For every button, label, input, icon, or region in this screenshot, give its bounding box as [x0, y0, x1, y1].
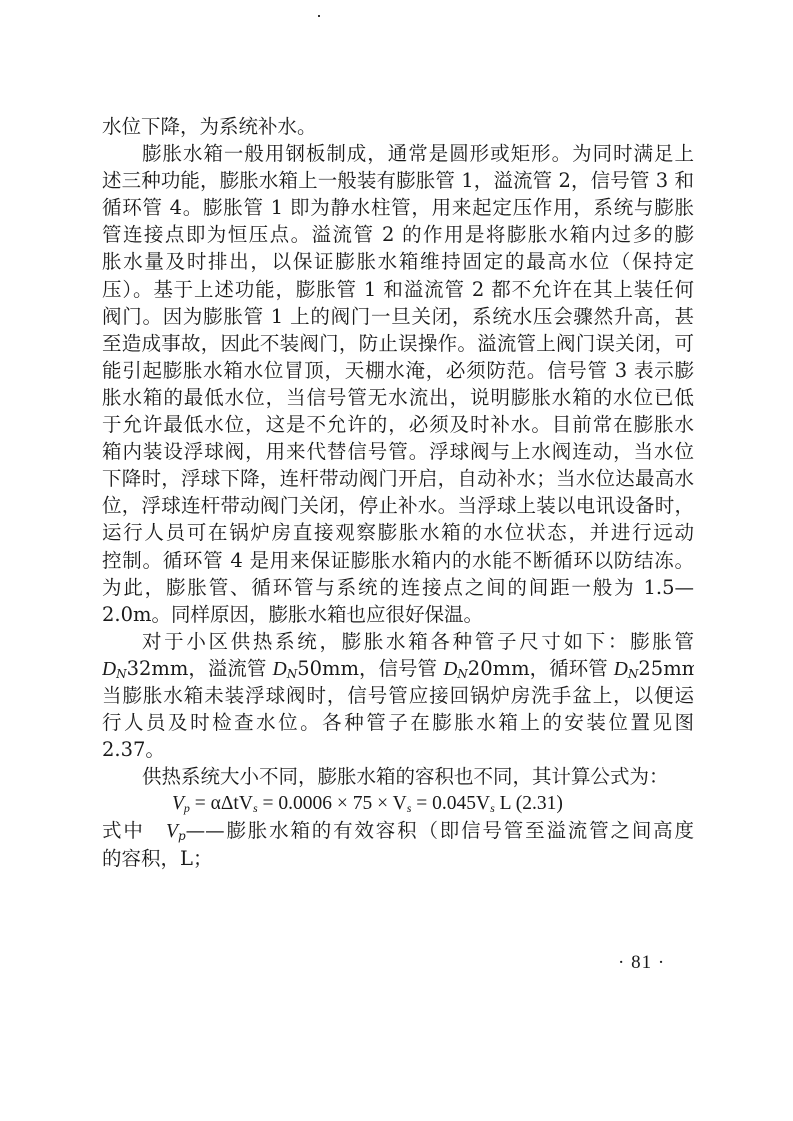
- text-line: 述三种功能，膨胀水箱上一般装有膨胀管 1，溢流管 2，信号管 3 和: [102, 167, 694, 194]
- text-line: 膨胀水箱一般用钢板制成，通常是圆形或矩形。为同时满足上: [102, 140, 694, 167]
- text-line: 运行人员可在锅炉房直接观察膨胀水箱的水位状态，并进行远动: [102, 519, 694, 546]
- text-line: 控制。循环管 4 是用来保证膨胀水箱内的水能不断循环以防结冻。: [102, 547, 694, 574]
- text-line: 循环管 4。膨胀管 1 即为静水柱管，用来起定压作用，系统与膨胀: [102, 194, 694, 221]
- text-line: 对于小区供热系统，膨胀水箱各种管子尺寸如下：膨胀管: [102, 628, 694, 655]
- pipe-sizes-line: DN32mm，溢流管 DN50mm，信号管 DN20mm，循环管 DN25mm。: [102, 655, 694, 682]
- text-line: 2.0m。同样原因，膨胀水箱也应很好保温。: [102, 601, 694, 628]
- text-line: 水位下降，为系统补水。: [102, 113, 694, 140]
- text-line: 压）。基于上述功能，膨胀管 1 和溢流管 2 都不允许在其上装任何: [102, 276, 694, 303]
- where-definition-line: 式中 Vp——膨胀水箱的有效容积（即信号管至溢流管之间高度: [102, 817, 694, 844]
- text-line: 当膨胀水箱未装浮球阀时，信号管应接回锅炉房洗手盆上，以便运: [102, 682, 694, 709]
- text-line: 供热系统大小不同，膨胀水箱的容积也不同，其计算公式为：: [102, 763, 694, 790]
- text-line: 位，浮球连杆带动阀门关闭，停止补水。当浮球上装以电讯设备时，: [102, 492, 694, 519]
- page-number: · 81 ·: [618, 952, 665, 974]
- scan-speck: [318, 15, 320, 17]
- text-line: 为此，膨胀管、循环管与系统的连接点之间的间距一般为 1.5—: [102, 574, 694, 601]
- text-line: 箱内装设浮球阀，用来代替信号管。浮球阀与上水阀连动，当水位: [102, 438, 694, 465]
- text-line: 管连接点即为恒压点。溢流管 2 的作用是将膨胀水箱内过多的膨: [102, 221, 694, 248]
- text-line: 的容积，L；: [102, 845, 694, 872]
- text-line: 能引起膨胀水箱水位冒顶，天棚水淹，必须防范。信号管 3 表示膨: [102, 357, 694, 384]
- text-line: 2.37。: [102, 736, 694, 763]
- text-line: 行人员及时检查水位。各种管子在膨胀水箱上的安装位置见图: [102, 709, 694, 736]
- text-line: 胀水量及时排出，以保证膨胀水箱维持固定的最高水位（保持定: [102, 248, 694, 275]
- text-line: 至造成事故，因此不装阀门，防止误操作。溢流管上阀门误关闭，可: [102, 330, 694, 357]
- text-line: 下降时，浮球下降，连杆带动阀门开启，自动补水；当水位达最高水: [102, 465, 694, 492]
- text-line: 胀水箱的最低水位，当信号管无水流出，说明膨胀水箱的水位已低: [102, 384, 694, 411]
- text-line: 阀门。因为膨胀管 1 上的阀门一旦关闭，系统水压会骤然升高，甚: [102, 303, 694, 330]
- document-body: 水位下降，为系统补水。 膨胀水箱一般用钢板制成，通常是圆形或矩形。为同时满足上 …: [102, 113, 694, 872]
- text-line: 于允许最低水位，这是不允许的，必须及时补水。目前常在膨胀水: [102, 411, 694, 438]
- formula-2-31: Vp = αΔtVs = 0.0006 × 75 × Vs = 0.045Vs …: [102, 790, 694, 817]
